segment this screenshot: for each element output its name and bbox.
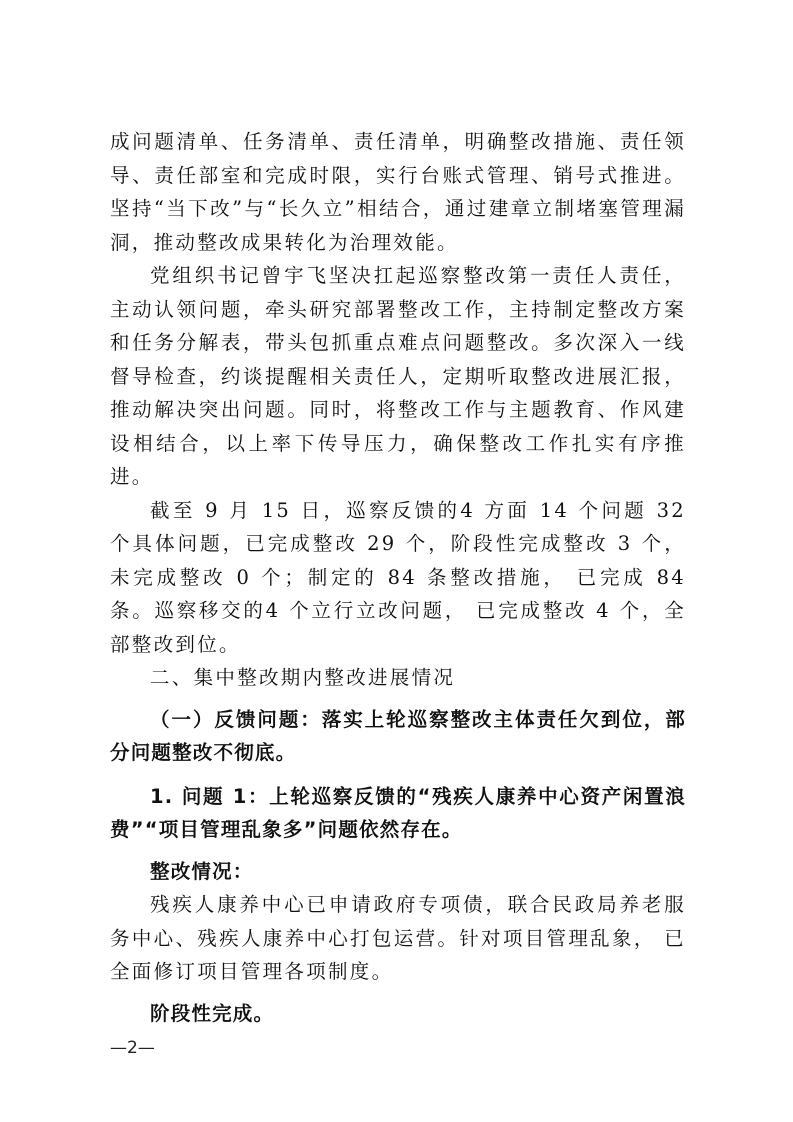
paragraph-rectification-statistics: 截至 9 月 15 日，巡察反馈的4 方面 14 个问题 32 个具体问题，已完… bbox=[110, 494, 686, 662]
paragraph-task-lists: 成问题清单、任务清单、责任清单，明确整改措施、责任领导、责任部室和完成时限，实行… bbox=[110, 125, 686, 259]
document-page: 成问题清单、任务清单、责任清单，明确整改措施、责任领导、责任部室和完成时限，实行… bbox=[0, 0, 793, 1122]
subsection-heading-feedback-issue: （一）反馈问题：落实上轮巡察整改主体责任欠到位，部分问题整改不彻底。 bbox=[110, 703, 686, 770]
rectification-status-label: 整改情况： bbox=[110, 855, 686, 889]
page-number: —2— bbox=[110, 1038, 155, 1058]
paragraph-rectification-details: 残疾人康养中心已申请政府专项债，联合民政局养老服务中心、残疾人康养中心打包运营。… bbox=[110, 888, 686, 989]
document-body: 成问题清单、任务清单、责任清单，明确整改措施、责任领导、责任部室和完成时限，实行… bbox=[110, 125, 686, 1030]
issue-heading-1: 1. 问题 1：上轮巡察反馈的“残疾人康养中心资产闲置浪费”“项目管理乱象多”问… bbox=[110, 780, 686, 847]
completion-status: 阶段性完成。 bbox=[110, 997, 686, 1031]
paragraph-party-secretary-responsibility: 党组织书记曾宇飞坚决扛起巡察整改第一责任人责任，主动认领问题，牵头研究部署整改工… bbox=[110, 259, 686, 494]
section-heading-progress: 二、集中整改期内整改进展情况 bbox=[110, 661, 686, 695]
